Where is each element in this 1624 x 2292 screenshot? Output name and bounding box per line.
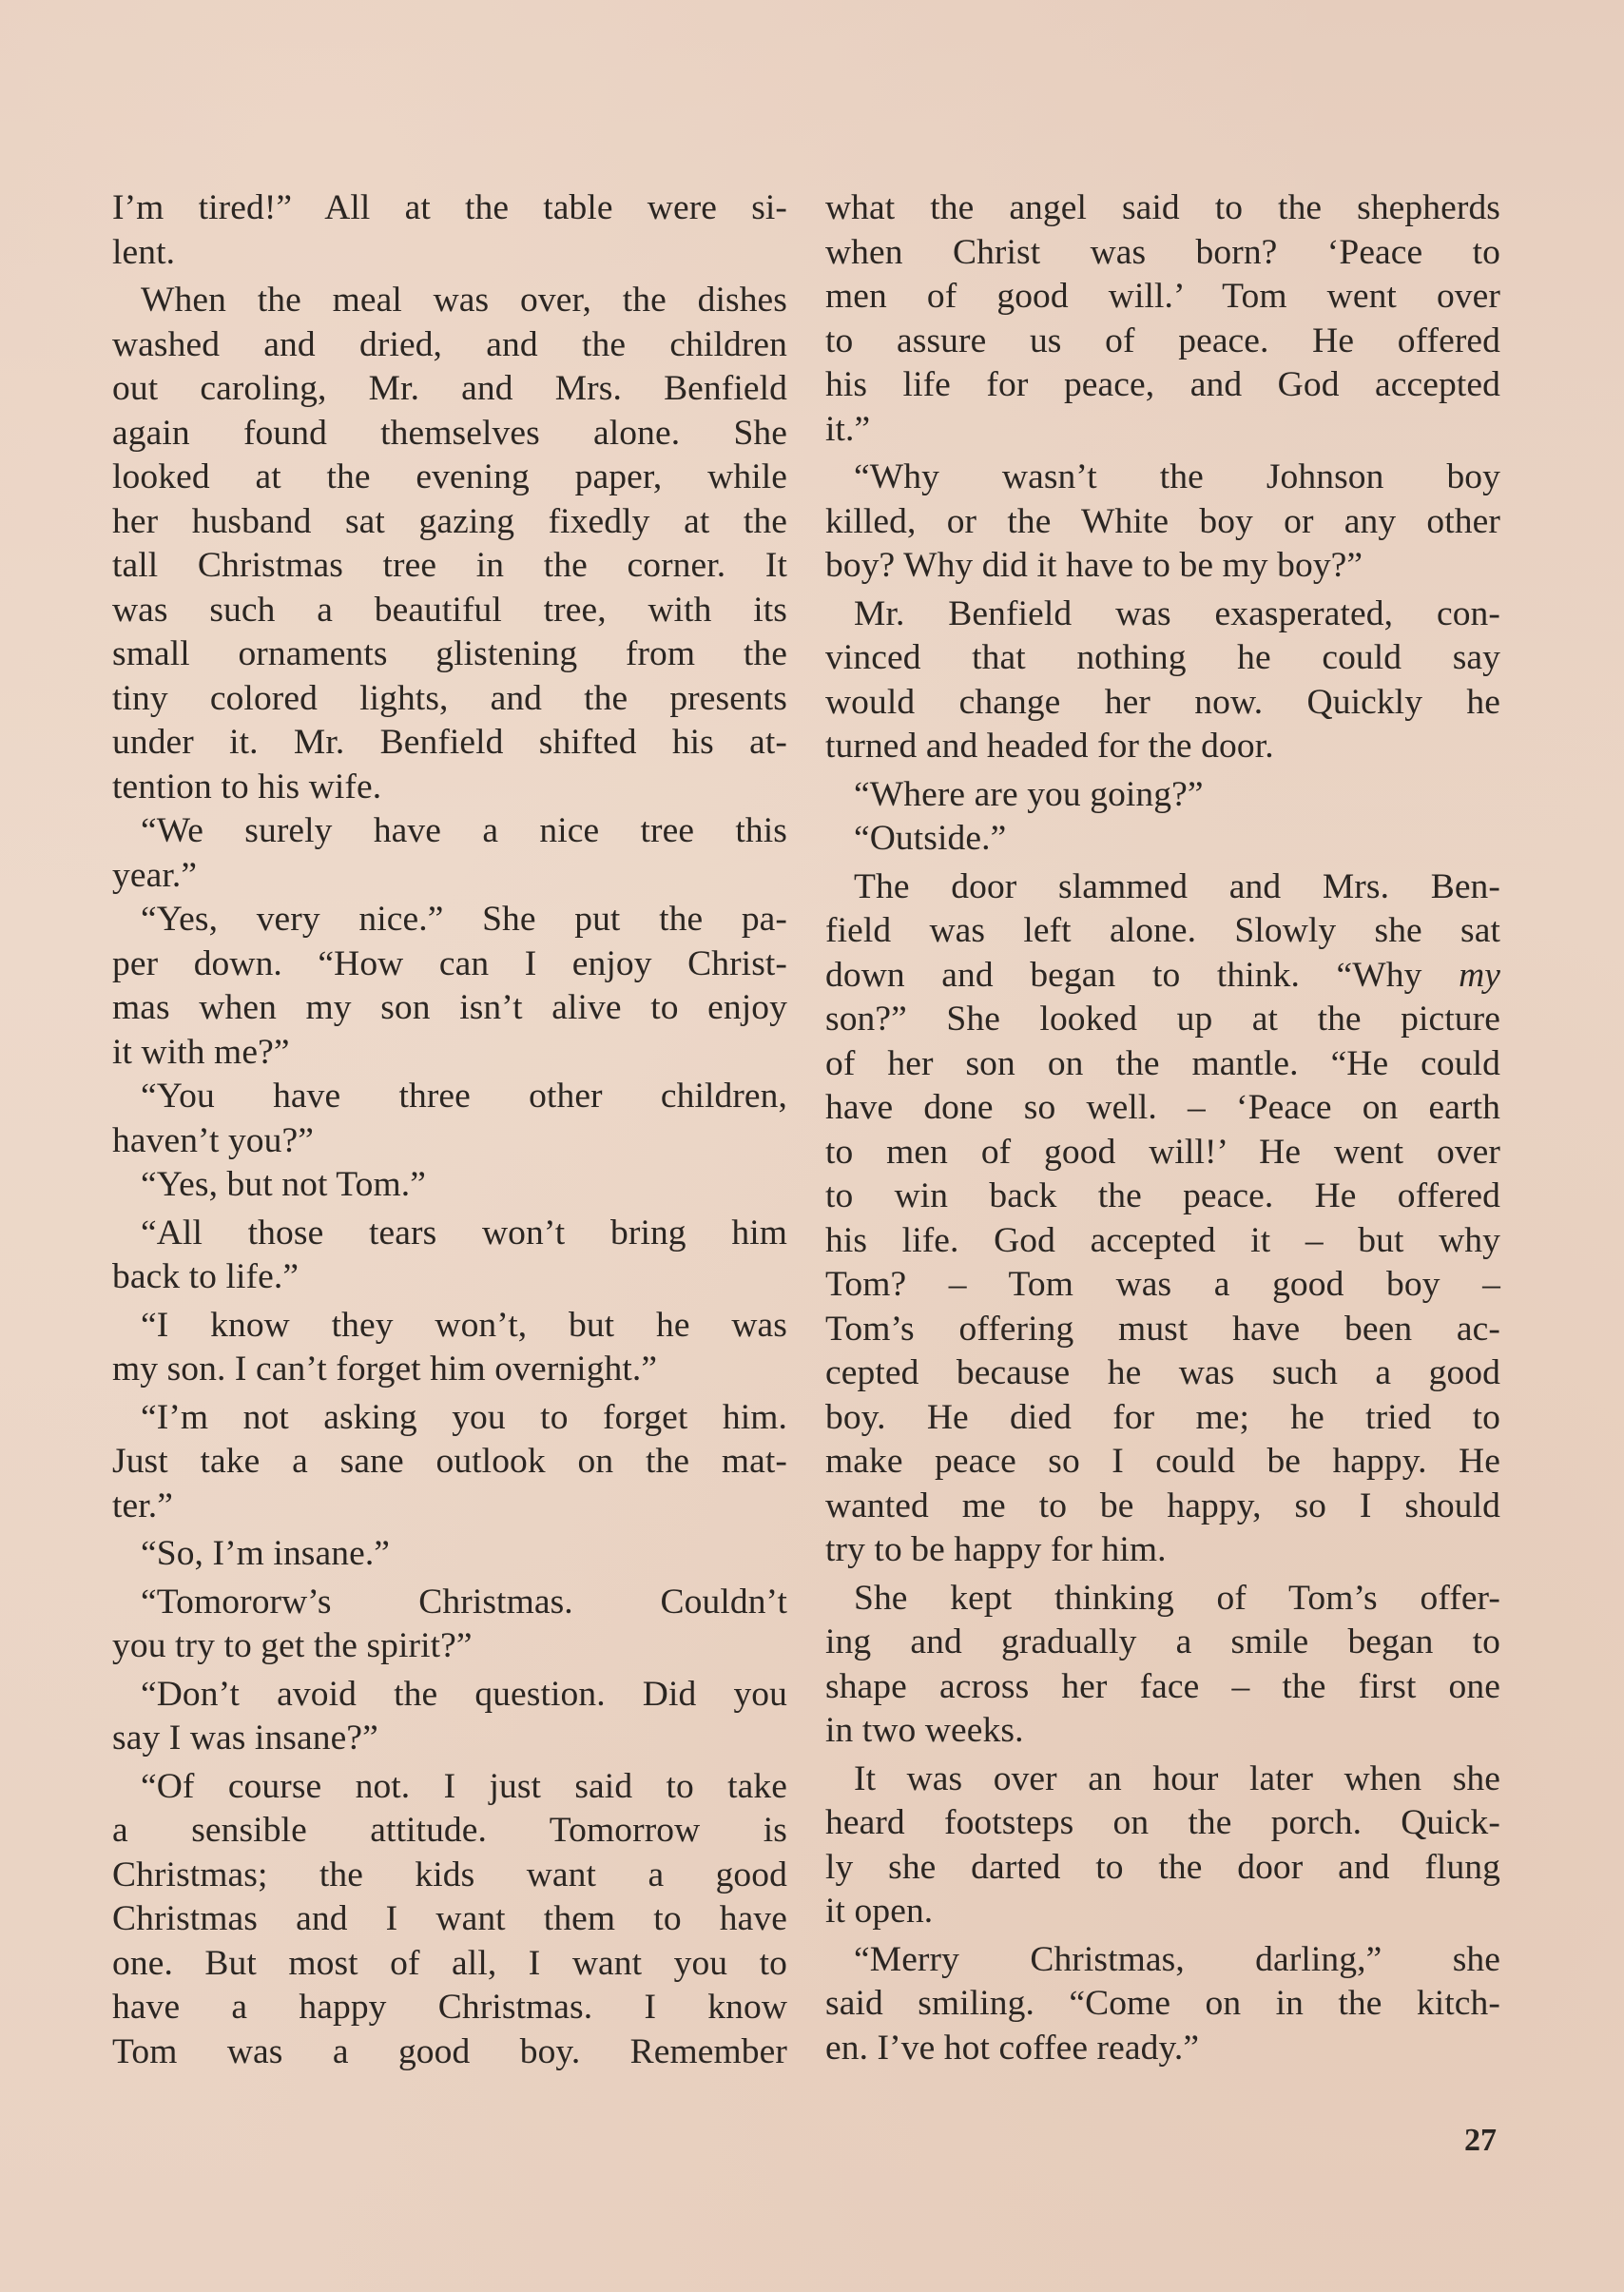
line-text: when Christ was born? ‘Peace to [825,233,1500,272]
text-line: tall Christmas tree in the corner. It [112,544,787,589]
line-text: “You have three other children, [141,1077,787,1116]
text-line: it with me?” [112,1031,787,1076]
text-line: ter.” [112,1485,787,1529]
text-line: try to be happy for him. [825,1528,1500,1573]
line-text: ing and gradually a smile began to [825,1622,1500,1661]
line-text: per down. “How can I enjoy Christ- [112,944,787,983]
text-line: When the meal was over, the dishes [112,279,787,323]
text-line: son?” She looked up at the picture [825,998,1500,1042]
text-line: have a happy Christmas. I know [112,1986,787,2030]
line-text: looked at the evening paper, while [112,457,787,496]
line-text: mas when my son isn’t alive to enjoy [112,988,787,1027]
text-line: “Yes, very nice.” She put the pa- [112,898,787,942]
emphasized-word: my [1459,956,1500,995]
line-text: small ornaments glistening from the [112,634,787,673]
line-text: son?” She looked up at the picture [825,1000,1500,1039]
text-line: mas when my son isn’t alive to enjoy [112,986,787,1031]
line-text: Tom? – Tom was a good boy – [825,1265,1500,1304]
text-line: boy? Why did it have to be my boy?” [825,544,1500,589]
line-text: tall Christmas tree in the corner. It [112,546,787,585]
line-text: field was left alone. Slowly she sat [825,911,1500,950]
line-text: to win back the peace. He offered [825,1176,1500,1215]
line-text: it.” [825,410,870,449]
line-text: have a happy Christmas. I know [112,1988,787,2027]
text-line: what the angel said to the shepherds [825,186,1500,231]
line-text: her husband sat gazing fixedly at the [112,502,787,541]
line-text: boy. He died for me; he tried to [825,1398,1500,1437]
line-text: said smiling. “Come on in the kitch- [825,1984,1500,2023]
line-text: what the angel said to the shepherds [825,188,1500,227]
text-line: tention to his wife. [112,766,787,810]
text-line: “Don’t avoid the question. Did you [112,1673,787,1718]
line-text: say I was insane?” [112,1719,378,1758]
text-line: vinced that nothing he could say [825,636,1500,681]
text-line: Just take a sane outlook on the mat- [112,1440,787,1485]
line-text: in two weeks. [825,1711,1024,1750]
line-text: haven’t you?” [112,1121,314,1160]
text-line: out caroling, Mr. and Mrs. Benfield [112,367,787,412]
line-text: my son. I can’t forget him overnight.” [112,1350,657,1389]
line-text: again found themselves alone. She [112,414,787,453]
line-text: turned and headed for the door. [825,727,1274,766]
text-line: heard footsteps on the porch. Quick- [825,1801,1500,1846]
line-text: When the meal was over, the dishes [141,281,787,320]
text-line: to men of good will!’ He went over [825,1131,1500,1175]
text-line: Christmas and I want them to have [112,1897,787,1942]
line-text: under it. Mr. Benfield shifted his at- [112,723,787,762]
page-number: 27 [1464,2123,1497,2159]
line-text: Tom’s offering must have been ac- [825,1310,1500,1349]
line-text: “Why wasn’t the Johnson boy [854,457,1500,496]
text-line: was such a beautiful tree, with its [112,589,787,633]
line-text: ly she darted to the door and flung [825,1848,1500,1887]
text-line: you try to get the spirit?” [112,1624,787,1669]
line-text: ter.” [112,1486,173,1525]
text-line: to assure us of peace. He offered [825,320,1500,364]
line-text: to assure us of peace. He offered [825,321,1500,360]
line-text: tention to his wife. [112,767,381,806]
line-text: “Merry Christmas, darling,” she [854,1940,1500,1979]
line-text: his life. God accepted it – but why [825,1221,1500,1260]
line-text: have done so well. – ‘Peace on earth [825,1088,1500,1127]
text-line: en. I’ve hot coffee ready.” [825,2027,1500,2071]
line-text: “So, I’m insane.” [141,1534,390,1573]
text-line: “Yes, but not Tom.” [112,1163,787,1208]
text-line: haven’t you?” [112,1119,787,1164]
line-text: back to life.” [112,1257,299,1296]
text-line: down and began to think. “Why my [825,954,1500,999]
text-line: per down. “How can I enjoy Christ- [112,942,787,987]
text-line: “I know they won’t, but he was [112,1304,787,1349]
text-line: “So, I’m insane.” [112,1532,787,1577]
line-text: washed and dried, and the children [112,325,787,364]
line-text: make peace so I could be happy. He [825,1442,1500,1481]
line-text: Tom was a good boy. Remember [112,2032,787,2071]
text-line: Tom’s offering must have been ac- [825,1308,1500,1352]
text-line: “You have three other children, [112,1075,787,1119]
text-line: when Christ was born? ‘Peace to [825,231,1500,276]
line-text: one. But most of all, I want you to [112,1944,787,1983]
text-line: looked at the evening paper, while [112,456,787,500]
line-text: “We surely have a nice tree this [141,811,787,850]
line-text: vinced that nothing he could say [825,638,1500,677]
text-line: “Why wasn’t the Johnson boy [825,456,1500,500]
text-line: small ornaments glistening from the [112,632,787,677]
text-line: Christmas; the kids want a good [112,1854,787,1898]
text-line: She kept thinking of Tom’s offer- [825,1577,1500,1622]
text-line: his life for peace, and God accepted [825,363,1500,408]
line-text: The door slammed and Mrs. Ben- [854,867,1500,906]
line-text: Christmas; the kids want a good [112,1855,787,1894]
text-line: wanted me to be happy, so I should [825,1485,1500,1529]
line-text: heard footsteps on the porch. Quick- [825,1803,1500,1842]
text-line: “I’m not asking you to forget him. [112,1396,787,1441]
line-text: “Where are you going?” [854,775,1204,814]
line-text: down and began to think. “Why [825,956,1459,995]
line-text: “I’m not asking you to forget him. [141,1398,787,1437]
text-line: have done so well. – ‘Peace on earth [825,1086,1500,1131]
text-line: tiny colored lights, and the presents [112,677,787,722]
text-line: ly she darted to the door and flung [825,1846,1500,1891]
text-line: said smiling. “Come on in the kitch- [825,1982,1500,2027]
line-text: “Tomororw’s Christmas. Couldn’t [141,1583,787,1622]
text-line: Mr. Benfield was exasperated, con- [825,592,1500,637]
line-text: “All those tears won’t bring him [141,1214,787,1253]
line-text: was such a beautiful tree, with its [112,591,787,630]
text-line: of her son on the mantle. “He could [825,1042,1500,1087]
left-text-column: I’m tired!” All at the table were si-len… [112,186,787,2074]
text-line: cepted because he was such a good [825,1351,1500,1396]
text-line: Tom was a good boy. Remember [112,2030,787,2075]
line-text: Mr. Benfield was exasperated, con- [854,594,1500,633]
text-line: it.” [825,408,1500,453]
text-line: make peace so I could be happy. He [825,1440,1500,1485]
line-text: boy? Why did it have to be my boy?” [825,546,1363,585]
text-line: ing and gradually a smile began to [825,1621,1500,1665]
text-line: turned and headed for the door. [825,725,1500,769]
line-text: men of good will.’ Tom went over [825,277,1500,316]
text-line: “Of course not. I just said to take [112,1765,787,1810]
text-line: say I was insane?” [112,1717,787,1761]
line-text: “Yes, very nice.” She put the pa- [141,900,787,939]
text-line: would change her now. Quickly he [825,681,1500,726]
text-line: her husband sat gazing fixedly at the [112,500,787,545]
line-text: a sensible attitude. Tomorrow is [112,1811,787,1850]
text-line: back to life.” [112,1255,787,1300]
text-line: “Merry Christmas, darling,” she [825,1938,1500,1983]
line-text: en. I’ve hot coffee ready.” [825,2029,1199,2068]
text-line: killed, or the White boy or any other [825,500,1500,545]
text-line: “All those tears won’t bring him [112,1212,787,1256]
text-line: in two weeks. [825,1709,1500,1754]
text-line: “Where are you going?” [825,773,1500,818]
text-line: “We surely have a nice tree this [112,809,787,854]
line-text: try to be happy for him. [825,1530,1167,1569]
magazine-page: I’m tired!” All at the table were si-len… [0,0,1624,2292]
text-line: I’m tired!” All at the table were si- [112,186,787,231]
text-line: Tom? – Tom was a good boy – [825,1263,1500,1308]
text-line: boy. He died for me; he tried to [825,1396,1500,1441]
line-text: “Outside.” [854,819,1006,858]
line-text: out caroling, Mr. and Mrs. Benfield [112,369,787,408]
text-line: washed and dried, and the children [112,323,787,368]
text-line: “Tomororw’s Christmas. Couldn’t [112,1581,787,1625]
line-text: you try to get the spirit?” [112,1626,473,1665]
line-text: “I know they won’t, but he was [141,1306,787,1345]
line-text: of her son on the mantle. “He could [825,1044,1500,1083]
line-text: it with me?” [112,1033,290,1072]
line-text: lent. [112,233,175,272]
line-text: his life for peace, and God accepted [825,365,1500,404]
text-line: a sensible attitude. Tomorrow is [112,1809,787,1854]
line-text: “Of course not. I just said to take [141,1767,787,1806]
text-line: my son. I can’t forget him overnight.” [112,1348,787,1392]
line-text: wanted me to be happy, so I should [825,1486,1500,1525]
text-line: to win back the peace. He offered [825,1175,1500,1219]
line-text: year.” [112,856,197,895]
line-text: cepted because he was such a good [825,1353,1500,1392]
text-line: it open. [825,1890,1500,1934]
text-line: The door slammed and Mrs. Ben- [825,865,1500,910]
line-text: killed, or the White boy or any other [825,502,1500,541]
line-text: Christmas and I want them to have [112,1899,787,1938]
text-line: men of good will.’ Tom went over [825,275,1500,320]
text-line: field was left alone. Slowly she sat [825,909,1500,954]
line-text: to men of good will!’ He went over [825,1133,1500,1172]
line-text: I’m tired!” All at the table were si- [112,188,787,227]
line-text: Just take a sane outlook on the mat- [112,1442,787,1481]
text-line: under it. Mr. Benfield shifted his at- [112,721,787,766]
line-text: it open. [825,1892,933,1931]
right-text-column: what the angel said to the shepherdswhen… [825,186,1500,2070]
line-text: She kept thinking of Tom’s offer- [854,1579,1500,1618]
line-text: It was over an hour later when she [854,1759,1500,1798]
text-line: lent. [112,231,787,276]
line-text: “Yes, but not Tom.” [141,1165,426,1204]
text-line: his life. God accepted it – but why [825,1219,1500,1264]
text-line: one. But most of all, I want you to [112,1942,787,1987]
text-line: “Outside.” [825,817,1500,862]
line-text: “Don’t avoid the question. Did you [141,1675,787,1714]
line-text: tiny colored lights, and the presents [112,679,787,718]
text-line: It was over an hour later when she [825,1758,1500,1802]
text-line: year.” [112,854,787,899]
text-line: shape across her face – the first one [825,1665,1500,1710]
line-text: shape across her face – the first one [825,1667,1500,1706]
text-line: again found themselves alone. She [112,412,787,456]
line-text: would change her now. Quickly he [825,683,1500,722]
